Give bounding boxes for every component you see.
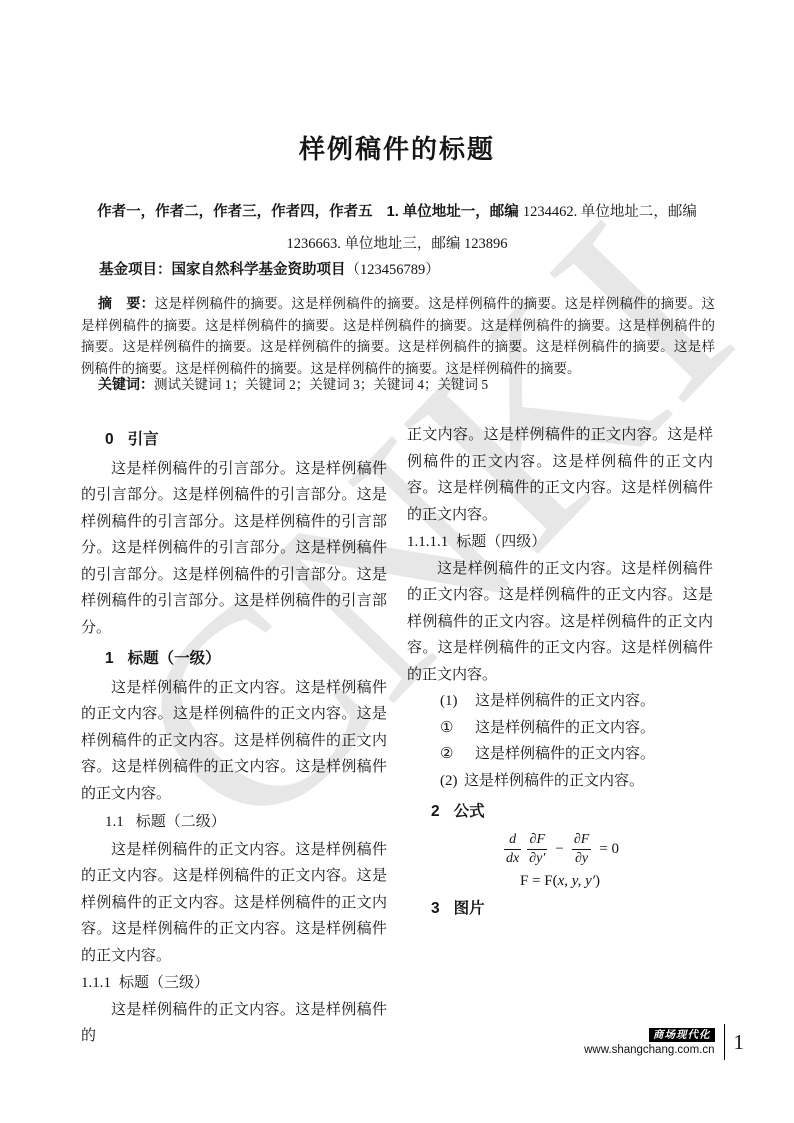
heading-number: 1.1.1 — [81, 970, 111, 997]
section-heading-1-1-1: 1.1.1标题（三级） — [81, 970, 387, 997]
fraction-d-dx: ddx — [504, 832, 521, 867]
close-paren: ) — [595, 873, 600, 889]
list-item-text: 这是样例稿件的正文内容。 — [475, 746, 655, 762]
body-paragraph: 这是样例稿件的引言部分。这是样例稿件的引言部分。这是样例稿件的引言部分。这是样例… — [81, 456, 387, 642]
body-paragraph: 这是样例稿件的正文内容。这是样例稿件的正文内容。这是样例稿件的正文内容。这是样例… — [81, 675, 387, 808]
f-equals: F = F( — [520, 873, 558, 889]
heading-number: 1.1 — [105, 809, 124, 836]
journal-url: www.shangchang.com.cn — [584, 1043, 714, 1057]
list-item-text: 这是样例稿件的正文内容。 — [475, 693, 655, 709]
abstract: 摘 要：这是样例稿件的摘要。这是样例稿件的摘要。这是样例稿件的摘要。这是样例稿件… — [81, 293, 715, 379]
section-heading-0: 0引言 — [81, 427, 387, 454]
keywords-text: 测试关键词 1；关键词 2；关键词 3；关键词 4；关键词 5 — [154, 377, 488, 392]
body-paragraph: 这是样例稿件的正文内容。这是样例稿件的正文内容。这是样例稿件的正文内容。这是样例… — [81, 837, 387, 970]
heading-text: 引言 — [128, 431, 159, 448]
section-heading-1-1: 1.1标题（二级） — [81, 809, 387, 836]
body-paragraph: 这是样例稿件的正文内容。这是样例稿件的正文内容。这是样例稿件的正文内容。这是样例… — [407, 556, 713, 689]
list-marker: (1) — [440, 688, 475, 715]
heading-text: 标题（一级） — [128, 650, 221, 667]
equals-zero: = 0 — [599, 841, 619, 857]
list-marker: ① — [440, 715, 475, 742]
abstract-text: 这是样例稿件的摘要。这是样例稿件的摘要。这是样例稿件的摘要。这是样例稿件的摘要。… — [81, 296, 715, 376]
heading-text: 图片 — [454, 900, 485, 917]
list-marker: ② — [440, 741, 475, 768]
body-paragraph: 这是样例稿件的正文内容。这是样例稿件的 — [81, 997, 387, 1050]
list-item: (1)这是样例稿件的正文内容。 — [407, 688, 713, 715]
column-right: 正文内容。这是样例稿件的正文内容。这是样例稿件的正文内容。这是样例稿件的正文内容… — [407, 422, 713, 924]
heading-text: 公式 — [454, 803, 485, 820]
heading-text: 标题（四级） — [456, 534, 546, 550]
fund-label: 基金项目： — [99, 262, 172, 278]
fraction-dF-dy: ∂F∂y — [572, 832, 591, 867]
body-paragraph-continued: 正文内容。这是样例稿件的正文内容。这是样例稿件的正文内容。这是样例稿件的正文内容… — [407, 422, 713, 528]
f-arguments: x, y, y′ — [558, 873, 595, 889]
byline: 作者一，作者二，作者三，作者四，作者五1. 单位地址一，邮编 1234462. … — [61, 196, 733, 260]
page-number: 1 — [734, 1030, 745, 1055]
fraction-dF-dy-prime: ∂F∂y′ — [527, 832, 547, 867]
section-heading-1-1-1-1: 1.1.1.1标题（四级） — [407, 529, 713, 556]
formula-euler-lagrange: ddx∂F∂y′−∂F∂y= 0 — [407, 832, 713, 867]
page-title: 样例稿件的标题 — [81, 134, 713, 164]
affiliation-bold: 1. 单位地址一，邮编 — [387, 204, 523, 220]
column-left: 0引言这是样例稿件的引言部分。这是样例稿件的引言部分。这是样例稿件的引言部分。这… — [81, 422, 387, 1050]
heading-number: 3 — [431, 896, 440, 923]
fund-line: 基金项目：国家自然科学基金资助项目（123456789） — [81, 260, 713, 280]
list-marker: (2) — [440, 768, 464, 795]
section-heading-1: 1标题（一级） — [81, 646, 387, 673]
keywords: 关键词：测试关键词 1；关键词 2；关键词 3；关键词 4；关键词 5 — [81, 374, 715, 396]
heading-number: 1.1.1.1 — [407, 529, 448, 556]
fund-text: 国家自然科学基金资助项目 — [172, 262, 346, 278]
author-names: 作者一，作者二，作者三，作者四，作者五 — [97, 204, 373, 220]
affiliation-regular: 1234462. 单位地址二，邮编 — [523, 204, 697, 220]
document-page: CNKI 样例稿件的标题 作者一，作者二，作者三，作者四，作者五1. 单位地址一… — [0, 0, 794, 1123]
journal-logo: 商场现代化 — [649, 1028, 715, 1042]
affiliation-line2: 1236663. 单位地址三，邮编 123896 — [286, 236, 507, 252]
list-item-text: 这是样例稿件的正文内容。 — [475, 720, 655, 736]
section-heading-3: 3图片 — [407, 896, 713, 923]
heading-number: 2 — [431, 799, 440, 826]
list-item: ②这是样例稿件的正文内容。 — [407, 741, 713, 768]
formula-f-definition: F = F(x, y, y′) — [407, 873, 713, 890]
list-item: (2)这是样例稿件的正文内容。 — [407, 768, 713, 795]
heading-number: 0 — [105, 427, 114, 454]
abstract-label: 摘 要： — [98, 295, 155, 311]
heading-number: 1 — [105, 646, 114, 673]
footer-divider-line — [724, 1024, 725, 1060]
footer: 商场现代化 www.shangchang.com.cn 1 — [584, 1024, 744, 1060]
list-item-text: 这是样例稿件的正文内容。 — [464, 773, 644, 789]
keywords-label: 关键词： — [98, 376, 154, 392]
list-item: ①这是样例稿件的正文内容。 — [407, 715, 713, 742]
heading-text: 标题（二级） — [136, 814, 226, 830]
fund-number: （123456789） — [346, 262, 440, 278]
heading-text: 标题（三级） — [119, 975, 209, 991]
minus-operator: − — [555, 841, 563, 857]
section-heading-2: 2公式 — [407, 799, 713, 826]
journal-logo-block: 商场现代化 www.shangchang.com.cn — [584, 1028, 714, 1057]
